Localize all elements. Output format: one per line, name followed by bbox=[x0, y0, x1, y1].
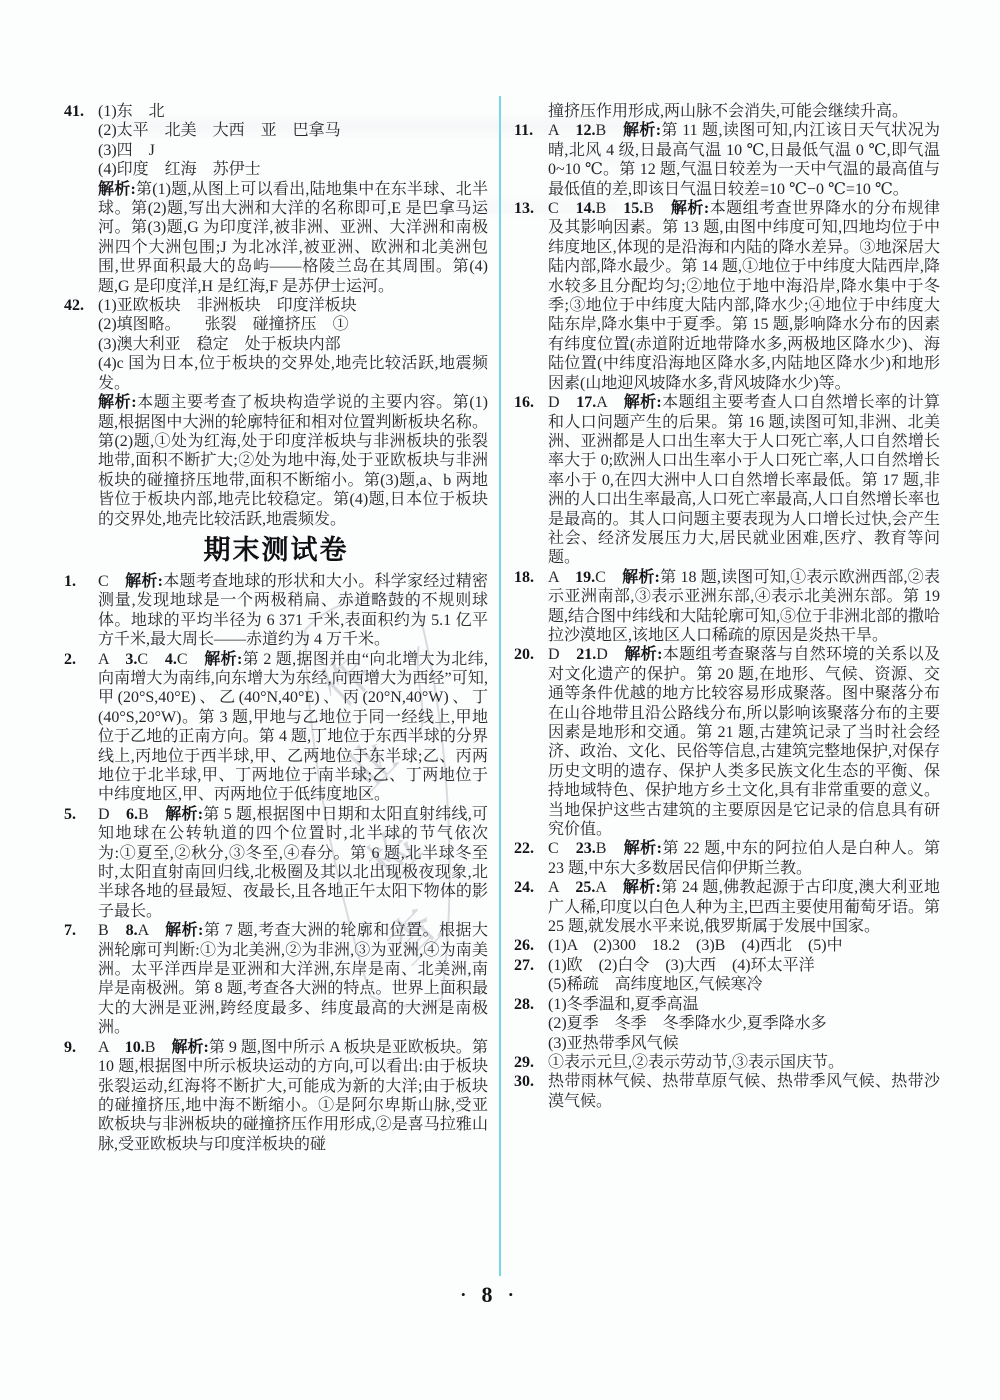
answer-text: (1)冬季温和,夏季高温 bbox=[548, 995, 940, 1014]
question-number: 5. bbox=[64, 805, 76, 824]
question-number: 2. bbox=[64, 650, 76, 669]
plain-text: D bbox=[548, 646, 576, 663]
answer-item: 1.C 解析:本题考查地球的形状和大小。科学家经过精密测量,发现地球是一个两极稍… bbox=[64, 572, 488, 650]
emphasis-text: 4. bbox=[165, 651, 177, 668]
answer-text: (1)欧 (2)白令 (3)大西 (4)环太平洋 bbox=[548, 956, 940, 975]
plain-text: B bbox=[145, 1039, 172, 1056]
question-number: 18. bbox=[514, 568, 534, 587]
plain-text: A bbox=[595, 879, 622, 896]
answer-text: C 解析:本题考查地球的形状和大小。科学家经过精密测量,发现地球是一个两极稍扁、… bbox=[98, 572, 488, 650]
emphasis-text: 解析: bbox=[624, 840, 662, 857]
plain-text: (3)亚热带季风气候 bbox=[548, 1035, 679, 1052]
answer-text: A 25.A 解析:第 24 题,佛教起源于古印度,澳大利亚地广人稀,印度以白色… bbox=[548, 878, 940, 936]
answer-text: C 23.B 解析:第 22 题,中东的阿拉伯人是白种人。第 23 题,中东大多… bbox=[548, 839, 940, 878]
emphasis-text: 解析: bbox=[125, 573, 163, 590]
left-column: 41.(1)东 北(2)太平 北美 大西 亚 巴拿马(3)四 J(4)印度 红海… bbox=[64, 102, 488, 1154]
answer-text: (2)太平 北美 大西 亚 巴拿马 bbox=[98, 121, 488, 140]
emphasis-text: 3. bbox=[125, 651, 137, 668]
plain-text: 本题主要考查了板块构造学说的主要内容。第(1)题,根据图中大洲的轮廓特征和相对位… bbox=[98, 394, 488, 527]
emphasis-text: 10. bbox=[125, 1039, 145, 1056]
question-number: 24. bbox=[514, 878, 534, 897]
answer-item: 11.A 12.B 解析:第 11 题,读图可知,内江该日天气状况为晴,北风 4… bbox=[514, 121, 940, 199]
plain-text: 第(1)题,从图上可以看出,陆地集中在东半球、北半球。第(2)题,写出大洲和大洋… bbox=[98, 181, 488, 295]
answer-text: ①表示元旦,②表示劳动节,③表示国庆节。 bbox=[548, 1053, 940, 1072]
answer-text: 解析:第(1)题,从图上可以看出,陆地集中在东半球、北半球。第(2)题,写出大洲… bbox=[98, 180, 488, 296]
answer-item: 20.D 21.D 解析:本题组考查聚落与自然环境的关系以及对文化遗产的保护。第… bbox=[514, 645, 940, 839]
answer-item: 18.A 19.C 解析:第 18 题,读图可知,①表示欧洲西部,②表示亚洲南部… bbox=[514, 568, 940, 646]
answer-item: 5.D 6.B 解析:第 5 题,根据图中日期和太阳直射纬线,可知地球在公转轨道… bbox=[64, 805, 488, 921]
plain-text: 本题组主要考查人口自然增长率的计算和人口问题产生的后果。第 16 题,读图可知,… bbox=[548, 394, 940, 566]
answer-text: A 19.C 解析:第 18 题,读图可知,①表示欧洲西部,②表示亚洲南部,③表… bbox=[548, 568, 940, 646]
answer-text: A 3.C 4.C 解析:第 2 题,据图并由“向北增大为北纬,向南增大为南纬,… bbox=[98, 650, 488, 805]
plain-text: ①表示元旦,②表示劳动节,③表示国庆节。 bbox=[548, 1054, 844, 1071]
answer-text: (2)填图略。 张裂 碰撞挤压 ① bbox=[98, 315, 488, 334]
emphasis-text: 解析: bbox=[204, 651, 242, 668]
plain-text: D bbox=[98, 806, 126, 823]
question-number: 28. bbox=[514, 995, 534, 1014]
plain-text: (1)冬季温和,夏季高温 bbox=[548, 996, 699, 1013]
emphasis-text: 解析: bbox=[623, 879, 661, 896]
answer-text: (1)东 北 bbox=[98, 102, 488, 121]
plain-text: (1)欧 (2)白令 (3)大西 (4)环太平洋 bbox=[548, 957, 815, 974]
answer-text: D 6.B 解析:第 5 题,根据图中日期和太阳直射纬线,可知地球在公转轨道的四… bbox=[98, 805, 488, 921]
answer-item: 24.A 25.A 解析:第 24 题,佛教起源于古印度,澳大利亚地广人稀,印度… bbox=[514, 878, 940, 936]
emphasis-text: 21. bbox=[576, 646, 596, 663]
plain-text: B bbox=[596, 840, 624, 857]
plain-text: A bbox=[98, 651, 125, 668]
plain-text: (3)四 J bbox=[98, 142, 155, 159]
plain-text: (1)东 北 bbox=[98, 103, 165, 120]
question-number: 27. bbox=[514, 956, 534, 975]
plain-text: 撞挤压作用形成,两山脉不会消失,可能会继续升高。 bbox=[548, 103, 908, 120]
answer-text: 撞挤压作用形成,两山脉不会消失,可能会继续升高。 bbox=[548, 102, 940, 121]
plain-text: B bbox=[98, 922, 126, 939]
question-number: 30. bbox=[514, 1072, 534, 1091]
plain-text: C bbox=[548, 200, 576, 217]
plain-text: D bbox=[548, 394, 576, 411]
question-number: 9. bbox=[64, 1038, 76, 1057]
question-number: 13. bbox=[514, 199, 534, 218]
emphasis-text: 解析: bbox=[623, 122, 661, 139]
plain-text: (1)亚欧板块 非洲板块 印度洋板块 bbox=[98, 297, 357, 314]
emphasis-text: 解析: bbox=[622, 569, 660, 586]
answer-text: (4)c 国为日本,位于板块的交界处,地壳比较活跃,地震频发。 bbox=[98, 354, 488, 393]
answer-item: 2.A 3.C 4.C 解析:第 2 题,据图并由“向北增大为北纬,向南增大为南… bbox=[64, 650, 488, 805]
continuation-text: 撞挤压作用形成,两山脉不会消失,可能会继续升高。 bbox=[514, 102, 940, 121]
answer-item: 28.(1)冬季温和,夏季高温(2)夏季 冬季 冬季降水少,夏季降水多(3)亚热… bbox=[514, 995, 940, 1053]
plain-text: (2)夏季 冬季 冬季降水少,夏季降水多 bbox=[548, 1015, 827, 1032]
emphasis-text: 12. bbox=[575, 122, 595, 139]
column-divider-line bbox=[499, 96, 501, 1276]
plain-text: 热带雨林气候、热带草原气候、热带季风气候、热带沙漠气候。 bbox=[548, 1073, 940, 1109]
answer-text: (3)四 J bbox=[98, 141, 488, 160]
answer-text: A 10.B 解析:第 9 题,图中所示 A 板块是亚欧板块。第 10 题,根据… bbox=[98, 1038, 488, 1154]
answer-item: 27.(1)欧 (2)白令 (3)大西 (4)环太平洋(5)稀疏 高纬度地区,气… bbox=[514, 956, 940, 995]
answer-text: D 21.D 解析:本题组考查聚落与自然环境的关系以及对文化遗产的保护。第 20… bbox=[548, 645, 940, 839]
answer-key-page: 作 业 检 查 41.(1)东 北(2)太平 北美 大西 亚 巴拿马(3)四 J… bbox=[0, 0, 1000, 1400]
answer-text: 热带雨林气候、热带草原气候、热带季风气候、热带沙漠气候。 bbox=[548, 1072, 940, 1111]
plain-text: A bbox=[548, 569, 575, 586]
plain-text: B bbox=[643, 200, 671, 217]
answer-text: (4)印度 红海 苏伊士 bbox=[98, 160, 488, 179]
plain-text: C bbox=[177, 651, 204, 668]
answer-item: 26.(1)A (2)300 18.2 (3)B (4)西北 (5)中 bbox=[514, 936, 940, 955]
plain-text: (2)填图略。 张裂 碰撞挤压 ① bbox=[98, 316, 349, 333]
emphasis-text: 解析: bbox=[165, 922, 203, 939]
question-number: 41. bbox=[64, 102, 84, 121]
emphasis-text: 解析: bbox=[624, 646, 662, 663]
plain-text: A bbox=[98, 1039, 125, 1056]
question-number: 11. bbox=[514, 121, 533, 140]
answer-text: D 17.A 解析:本题组主要考查人口自然增长率的计算和人口问题产生的后果。第 … bbox=[548, 393, 940, 568]
answer-text: (1)亚欧板块 非洲板块 印度洋板块 bbox=[98, 296, 488, 315]
emphasis-text: 6. bbox=[126, 806, 138, 823]
question-number: 29. bbox=[514, 1053, 534, 1072]
emphasis-text: 8. bbox=[126, 922, 138, 939]
plain-text: C bbox=[137, 651, 164, 668]
answer-text: (1)A (2)300 18.2 (3)B (4)西北 (5)中 bbox=[548, 936, 940, 955]
emphasis-text: 23. bbox=[576, 840, 596, 857]
question-number: 26. bbox=[514, 936, 534, 955]
emphasis-text: 19. bbox=[575, 569, 595, 586]
plain-text: 本题组考查世界降水的分布规律及其影响因素。第 13 题,由图中纬度可知,四地均位… bbox=[548, 200, 940, 392]
answer-item: 29.①表示元旦,②表示劳动节,③表示国庆节。 bbox=[514, 1053, 940, 1072]
answer-text: C 14.B 15.B 解析:本题组考查世界降水的分布规律及其影响因素。第 13… bbox=[548, 199, 940, 393]
plain-text: (2)太平 北美 大西 亚 巴拿马 bbox=[98, 122, 341, 139]
emphasis-text: 解析: bbox=[624, 394, 662, 411]
answer-text: (3)澳大利亚 稳定 处于板块内部 bbox=[98, 335, 488, 354]
question-number: 20. bbox=[514, 645, 534, 664]
answer-item: 16.D 17.A 解析:本题组主要考查人口自然增长率的计算和人口问题产生的后果… bbox=[514, 393, 940, 568]
plain-text: A bbox=[596, 394, 623, 411]
answer-item: 22.C 23.B 解析:第 22 题,中东的阿拉伯人是白种人。第 23 题,中… bbox=[514, 839, 940, 878]
footer-dot-right: • bbox=[509, 1287, 514, 1303]
question-number: 7. bbox=[64, 921, 76, 940]
question-number: 42. bbox=[64, 296, 84, 315]
page-footer: • 8 • bbox=[412, 1282, 562, 1308]
answer-text: (2)夏季 冬季 冬季降水少,夏季降水多 bbox=[548, 1014, 940, 1033]
plain-text: B bbox=[596, 200, 624, 217]
answer-text: 解析:本题主要考查了板块构造学说的主要内容。第(1)题,根据图中大洲的轮廓特征和… bbox=[98, 393, 488, 529]
plain-text: A bbox=[548, 879, 575, 896]
plain-text: (3)澳大利亚 稳定 处于板块内部 bbox=[98, 336, 341, 353]
plain-text: B bbox=[595, 122, 622, 139]
answer-text: (5)稀疏 高纬度地区,气候寒冷 bbox=[548, 975, 940, 994]
answer-text: B 8.A 解析:第 7 题,考查大洲的轮廓和位置。根据大洲轮廓可判断:①为北美… bbox=[98, 921, 488, 1037]
plain-text: A bbox=[548, 122, 575, 139]
plain-text: D bbox=[596, 646, 624, 663]
emphasis-text: 解析: bbox=[98, 181, 136, 198]
plain-text: 第 7 题,考查大洲的轮廓和位置。根据大洲轮廓可判断:①为北美洲,②为非洲,③为… bbox=[98, 922, 488, 1036]
answer-item: 13.C 14.B 15.B 解析:本题组考查世界降水的分布规律及其影响因素。第… bbox=[514, 199, 940, 393]
answer-item: 42.(1)亚欧板块 非洲板块 印度洋板块(2)填图略。 张裂 碰撞挤压 ①(3… bbox=[64, 296, 488, 529]
answer-item: 30.热带雨林气候、热带草原气候、热带季风气候、热带沙漠气候。 bbox=[514, 1072, 940, 1111]
emphasis-text: 17. bbox=[576, 394, 596, 411]
emphasis-text: 14. bbox=[576, 200, 596, 217]
question-number: 16. bbox=[514, 393, 534, 412]
right-column: 撞挤压作用形成,两山脉不会消失,可能会继续升高。11.A 12.B 解析:第 1… bbox=[514, 102, 940, 1111]
plain-text: A bbox=[138, 922, 166, 939]
emphasis-text: 15. bbox=[623, 200, 643, 217]
plain-text: (4)印度 红海 苏伊士 bbox=[98, 161, 261, 178]
emphasis-text: 解析: bbox=[165, 806, 203, 823]
plain-text: C bbox=[548, 840, 576, 857]
answer-item: 7.B 8.A 解析:第 7 题,考查大洲的轮廓和位置。根据大洲轮廓可判断:①为… bbox=[64, 921, 488, 1037]
emphasis-text: 解析: bbox=[171, 1039, 208, 1056]
question-number: 22. bbox=[514, 839, 534, 858]
plain-text: (4)c 国为日本,位于板块的交界处,地壳比较活跃,地震频发。 bbox=[98, 355, 488, 391]
plain-text: C bbox=[595, 569, 622, 586]
plain-text: 第 2 题,据图并由“向北增大为北纬,向南增大为南纬,向东增大为东经,向西增大为… bbox=[98, 651, 488, 804]
answer-text: (3)亚热带季风气候 bbox=[548, 1034, 940, 1053]
plain-text: B bbox=[138, 806, 165, 823]
answer-item: 9.A 10.B 解析:第 9 题,图中所示 A 板块是亚欧板块。第 10 题,… bbox=[64, 1038, 488, 1154]
emphasis-text: 解析: bbox=[98, 394, 137, 411]
answer-text: A 12.B 解析:第 11 题,读图可知,内江该日天气状况为晴,北风 4 级,… bbox=[548, 121, 940, 199]
emphasis-text: 25. bbox=[575, 879, 595, 896]
answer-item: 41.(1)东 北(2)太平 北美 大西 亚 巴拿马(3)四 J(4)印度 红海… bbox=[64, 102, 488, 296]
plain-text: C bbox=[98, 573, 125, 590]
plain-text: (1)A (2)300 18.2 (3)B (4)西北 (5)中 bbox=[548, 937, 843, 954]
plain-text: 本题组考查聚落与自然环境的关系以及对文化遗产的保护。第 20 题,在地形、气候、… bbox=[548, 646, 940, 838]
plain-text: (5)稀疏 高纬度地区,气候寒冷 bbox=[548, 976, 763, 993]
page-number: 8 bbox=[482, 1282, 493, 1308]
section-title: 期末测试卷 bbox=[64, 531, 488, 569]
footer-dot-left: • bbox=[461, 1287, 466, 1303]
question-number: 1. bbox=[64, 572, 76, 591]
emphasis-text: 解析: bbox=[671, 200, 709, 217]
